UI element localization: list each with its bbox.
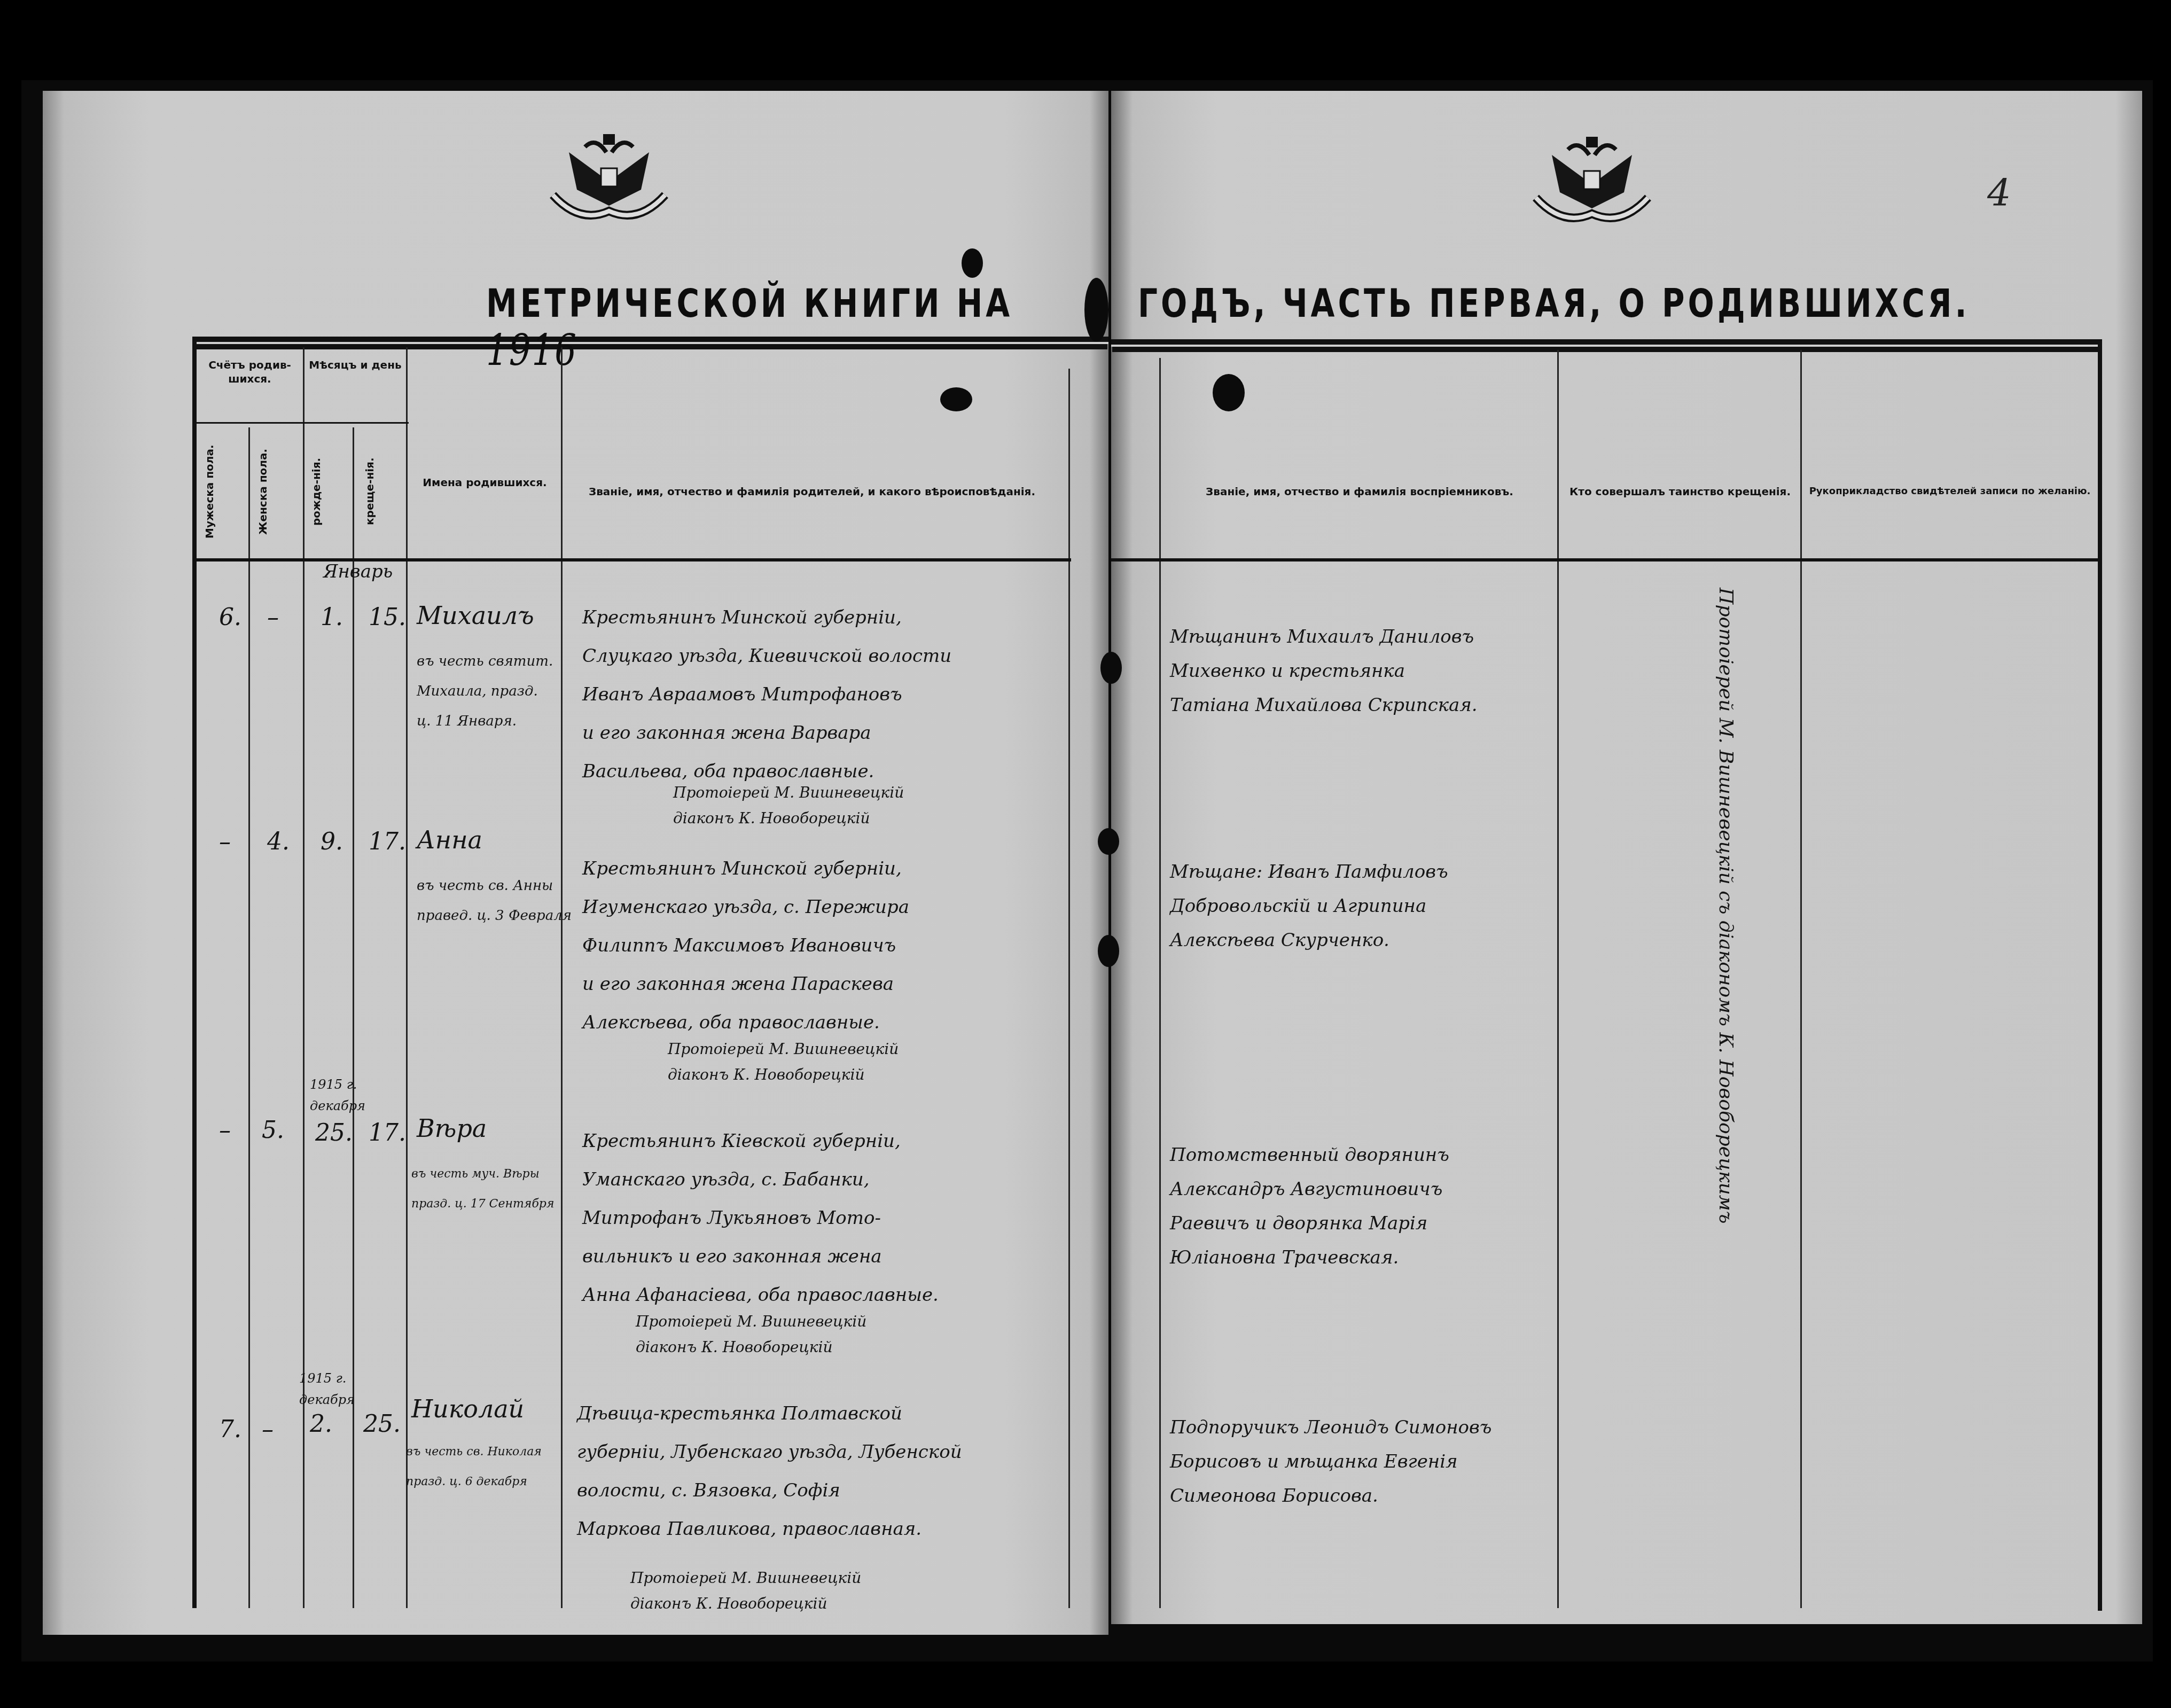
entry-2-birth-day: 9. [321, 828, 343, 855]
entry-3-name-note: въ честь муч. Вѣры празд. ц. 17 Сентября [411, 1159, 554, 1219]
header-bottom-rule [1111, 558, 2099, 561]
entry-4-name-note: въ честь св. Николая празд. ц. 6 декабря [406, 1437, 542, 1497]
entry-4-birth-day: 2. [310, 1410, 332, 1438]
header-birth: рожде-нiя. [310, 433, 323, 550]
ink-blot [1084, 278, 1108, 342]
left-page: МЕТРИЧЕСКОЙ КНИГИ НА 1916 Счётъ родив-ши… [43, 91, 1108, 1635]
header-female: Женска пола. [256, 433, 269, 550]
title-right: ГОДЪ, ЧАСТЬ ПЕРВАЯ, О РОДИВШИХСЯ. [1138, 280, 1970, 326]
right-frame [2098, 339, 2102, 1611]
entry-3-godparents: Потомственный дворянинъ Александръ Авгус… [1170, 1138, 1449, 1275]
title-text: МЕТРИЧЕСКОЙ КНИГИ НА [486, 280, 1013, 326]
entry-3-parents: Крестьянинъ Кiевской губернiи, Уманскаго… [582, 1122, 939, 1314]
col-divider [353, 427, 354, 1608]
ink-blot [962, 248, 983, 278]
ink-blot [1100, 652, 1122, 684]
left-frame [192, 337, 197, 1608]
entry-4-clergy-signature: Протоiерей М. Вишневецкiй дiаконъ К. Нов… [630, 1565, 861, 1617]
header-male: Мужеска пола. [203, 433, 216, 550]
entry-3-name: Вѣра [417, 1114, 487, 1143]
page-number: 4 [1987, 171, 2011, 215]
entry-3-female-no: 5. [262, 1117, 284, 1144]
header-count: Счётъ родив-шихся. [198, 358, 302, 386]
col-divider [1557, 350, 1559, 1608]
entry-2-clergy-signature: Протоiерей М. Вишневецкiй дiаконъ К. Нов… [668, 1036, 899, 1088]
col-divider [303, 347, 304, 1608]
entry-2-female-no: 4. [267, 828, 290, 855]
performed-by-vertical: Протоiерей М. Вишневецкiй съ дiакономъ К… [1715, 588, 1737, 1603]
col-divider [406, 347, 408, 1608]
entry-1-name: Михаилъ [417, 601, 534, 630]
header-date: Мѣсяцъ и день [304, 358, 406, 372]
entry-1-male-no: 6. [219, 604, 241, 631]
imperial-eagle-crest-icon [548, 131, 670, 227]
entry-1-birth-day: 1. [321, 604, 343, 631]
ink-blot [1213, 374, 1245, 411]
col-divider [1800, 350, 1802, 1608]
header-parents: Званiе, имя, отчество и фамилiя родителе… [577, 465, 1047, 518]
entry-1-parents: Крестьянинъ Минской губернiи, Слуцкаго у… [582, 598, 951, 791]
entry-1-clergy-signature: Протоiерей М. Вишневецкiй дiаконъ К. Нов… [673, 780, 904, 831]
entry-1-female-no: – [267, 604, 279, 631]
subheader-rule [195, 422, 409, 424]
entry-4-female-no: – [262, 1416, 274, 1443]
title-left: МЕТРИЧЕСКОЙ КНИГИ НА 1916 [486, 280, 1108, 376]
entry-1-name-note: въ честь святит. Михаила, празд. ц. 11 Я… [417, 646, 553, 736]
col-divider [248, 427, 250, 1608]
header-godparents: Званiе, имя, отчество и фамилiя воспрiем… [1165, 465, 1555, 518]
entry-4-name: Николай [411, 1394, 524, 1423]
col-divider [1159, 358, 1161, 1608]
entry-2-male-no: – [219, 828, 231, 855]
entry-4-birth-note: 1915 г. декабря [299, 1368, 355, 1410]
entry-3-baptism-day: 17. [369, 1119, 406, 1147]
entry-3-birth-note: 1915 г. декабря [310, 1074, 365, 1117]
ink-blot [1098, 935, 1119, 967]
entry-4-parents: Дѣвица-крестьянка Полтавской губернiи, Л… [577, 1394, 962, 1548]
entry-4-godparents: Подпоручикъ Леонидъ Симоновъ Борисовъ и … [1170, 1410, 1492, 1513]
header-baptism: креще-нiя. [363, 433, 376, 550]
entry-2-parents: Крестьянинъ Минской губернiи, Игуменскаг… [582, 849, 909, 1042]
entry-2-baptism-day: 17. [369, 828, 406, 855]
entry-3-clergy-signature: Протоiерей М. Вишневецкiй дiаконъ К. Нов… [636, 1309, 866, 1360]
header-names: Имена родившихся. [409, 475, 561, 489]
header-performed-by: Кто совершалъ таинство крещенiя. [1563, 465, 1798, 518]
header-witness-signatures: Рукоприкладство свидѣтелей записи по жел… [1803, 465, 2097, 518]
entry-4-baptism-day: 25. [363, 1410, 401, 1438]
month-note: Январь [323, 561, 393, 582]
book-spread: МЕТРИЧЕСКОЙ КНИГИ НА 1916 Счётъ родив-ши… [21, 80, 2153, 1662]
right-page: 4 ГОДЪ, ЧАСТЬ ПЕРВАЯ, О РОДИВШИХСЯ. Зван… [1111, 91, 2142, 1624]
entry-4-male-no: 7. [219, 1416, 241, 1443]
col-divider [561, 347, 563, 1608]
entry-2-name-note: въ честь св. Анны правед. ц. 3 Февраля [417, 871, 572, 931]
ink-blot [940, 387, 972, 411]
entry-2-godparents: Мѣщане: Иванъ Памфиловъ Добровольскiй и … [1170, 855, 1448, 957]
entry-3-male-no: – [219, 1117, 231, 1144]
year-value: 1916 [486, 326, 577, 376]
ink-blot [1098, 828, 1119, 855]
col-divider [1068, 369, 1070, 1608]
entry-1-godparents: Мѣщанинъ Михаилъ Даниловъ Михвенко и кре… [1170, 620, 1478, 722]
entry-1-baptism-day: 15. [369, 604, 406, 631]
entry-2-name: Анна [417, 825, 482, 854]
entry-3-birth-day: 25. [315, 1119, 353, 1147]
header-rule [1111, 339, 2102, 347]
imperial-eagle-crest-icon [1530, 134, 1653, 230]
